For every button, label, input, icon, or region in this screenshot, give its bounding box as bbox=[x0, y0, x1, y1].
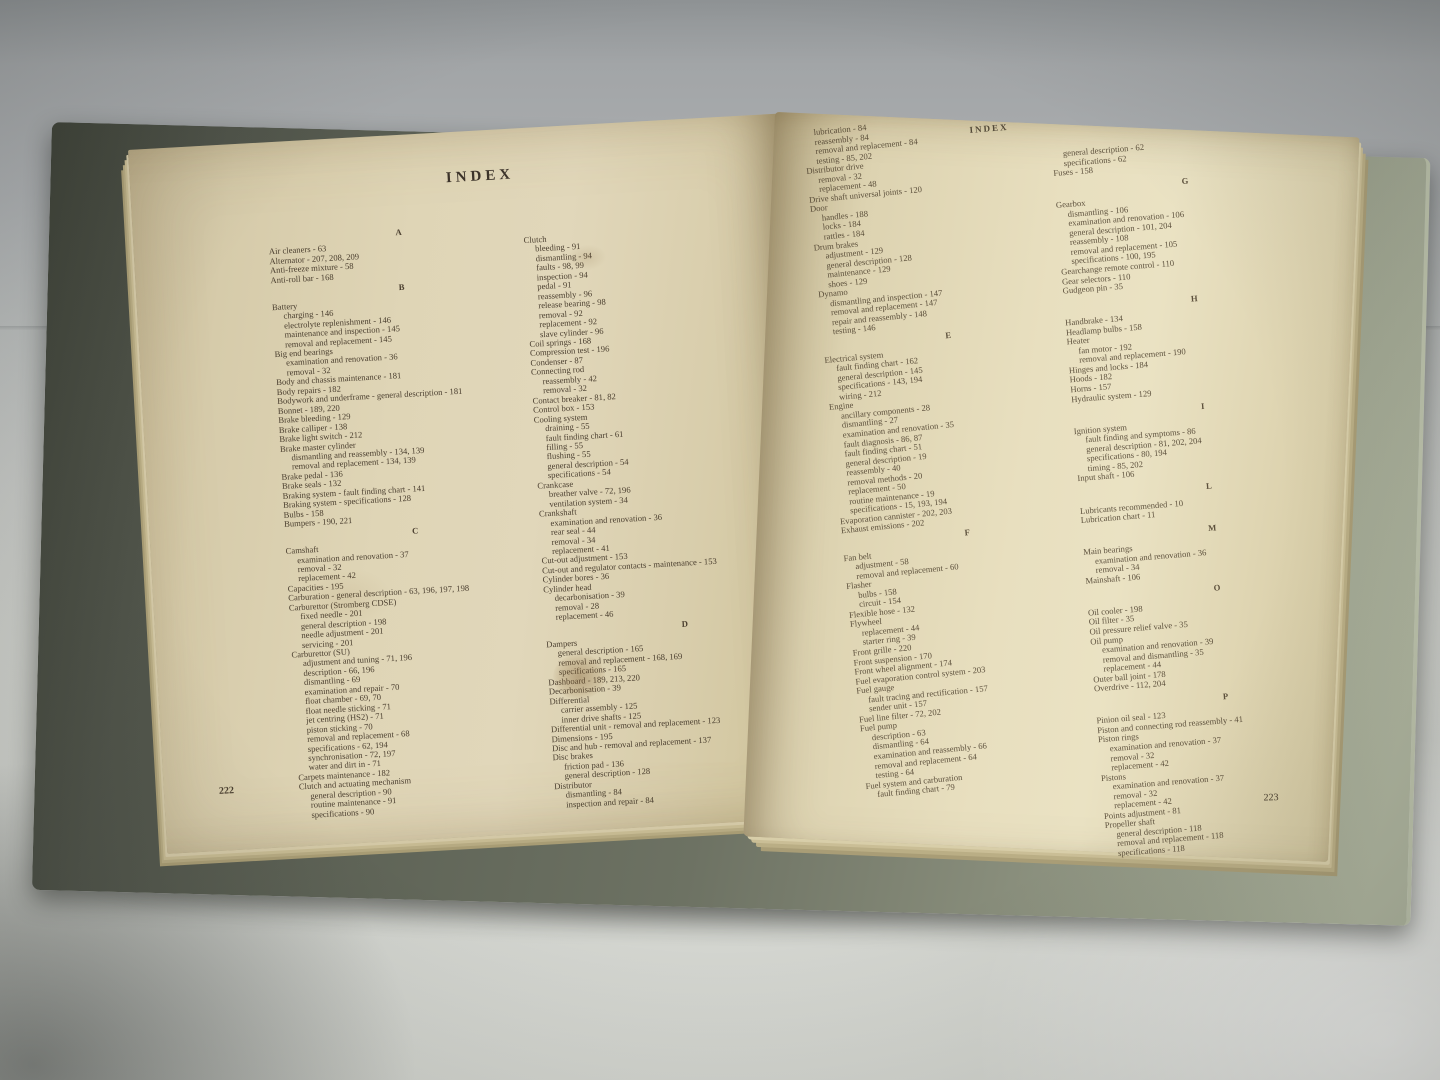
photo-background: INDEX AAir cleaners - 63Alternator - 207… bbox=[0, 0, 1440, 1080]
index-column-right-2: general description - 62specifications -… bbox=[1052, 130, 1369, 860]
page-number-left: 222 bbox=[219, 785, 235, 797]
page-title: INDEX bbox=[250, 156, 710, 199]
right-page: INDEX lubrication - 84reassembly - 84rem… bbox=[743, 112, 1359, 862]
left-page: INDEX AAir cleaners - 63Alternator - 207… bbox=[128, 113, 821, 853]
index-column-left-1: AAir cleaners - 63Alternator - 207, 208,… bbox=[268, 216, 563, 821]
page-number-right: 223 bbox=[1263, 792, 1278, 803]
